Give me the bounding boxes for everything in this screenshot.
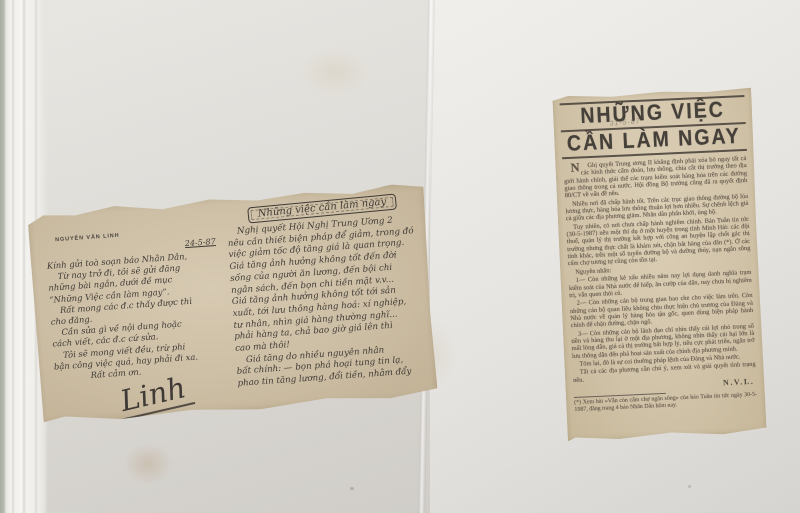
- clipping-body: NGhị quyết Trung ương II khẳng định phải…: [555, 151, 764, 385]
- clipping-paragraph: Tuy nhiên, có nơi chưa chấp hành nghiêm …: [566, 216, 751, 268]
- clipping-footnote: (*) Xem bài «Vẫn còn cấm chợ ngăn sông» …: [566, 391, 765, 413]
- letter-letterhead: NGUYỄN VĂN LINH: [55, 233, 120, 243]
- letter-document: NGUYỄN VĂN LINH 24-5-87 Kính gửi toà soạ…: [27, 182, 438, 424]
- letter-draft-column: Những việc cần làm ngay Nghị quyết Hội N…: [225, 189, 430, 391]
- album-photo: NGUYỄN VĂN LINH 24-5-87 Kính gửi toà soạ…: [0, 0, 800, 513]
- news-clipping: NHỮNG VIỆC 31-5-87 CẦN LÀM NGAY NGhị quy…: [552, 88, 766, 442]
- letter-note-column: 24-5-87 Kính gửi toà soạn báo Nhân Dân, …: [46, 237, 234, 420]
